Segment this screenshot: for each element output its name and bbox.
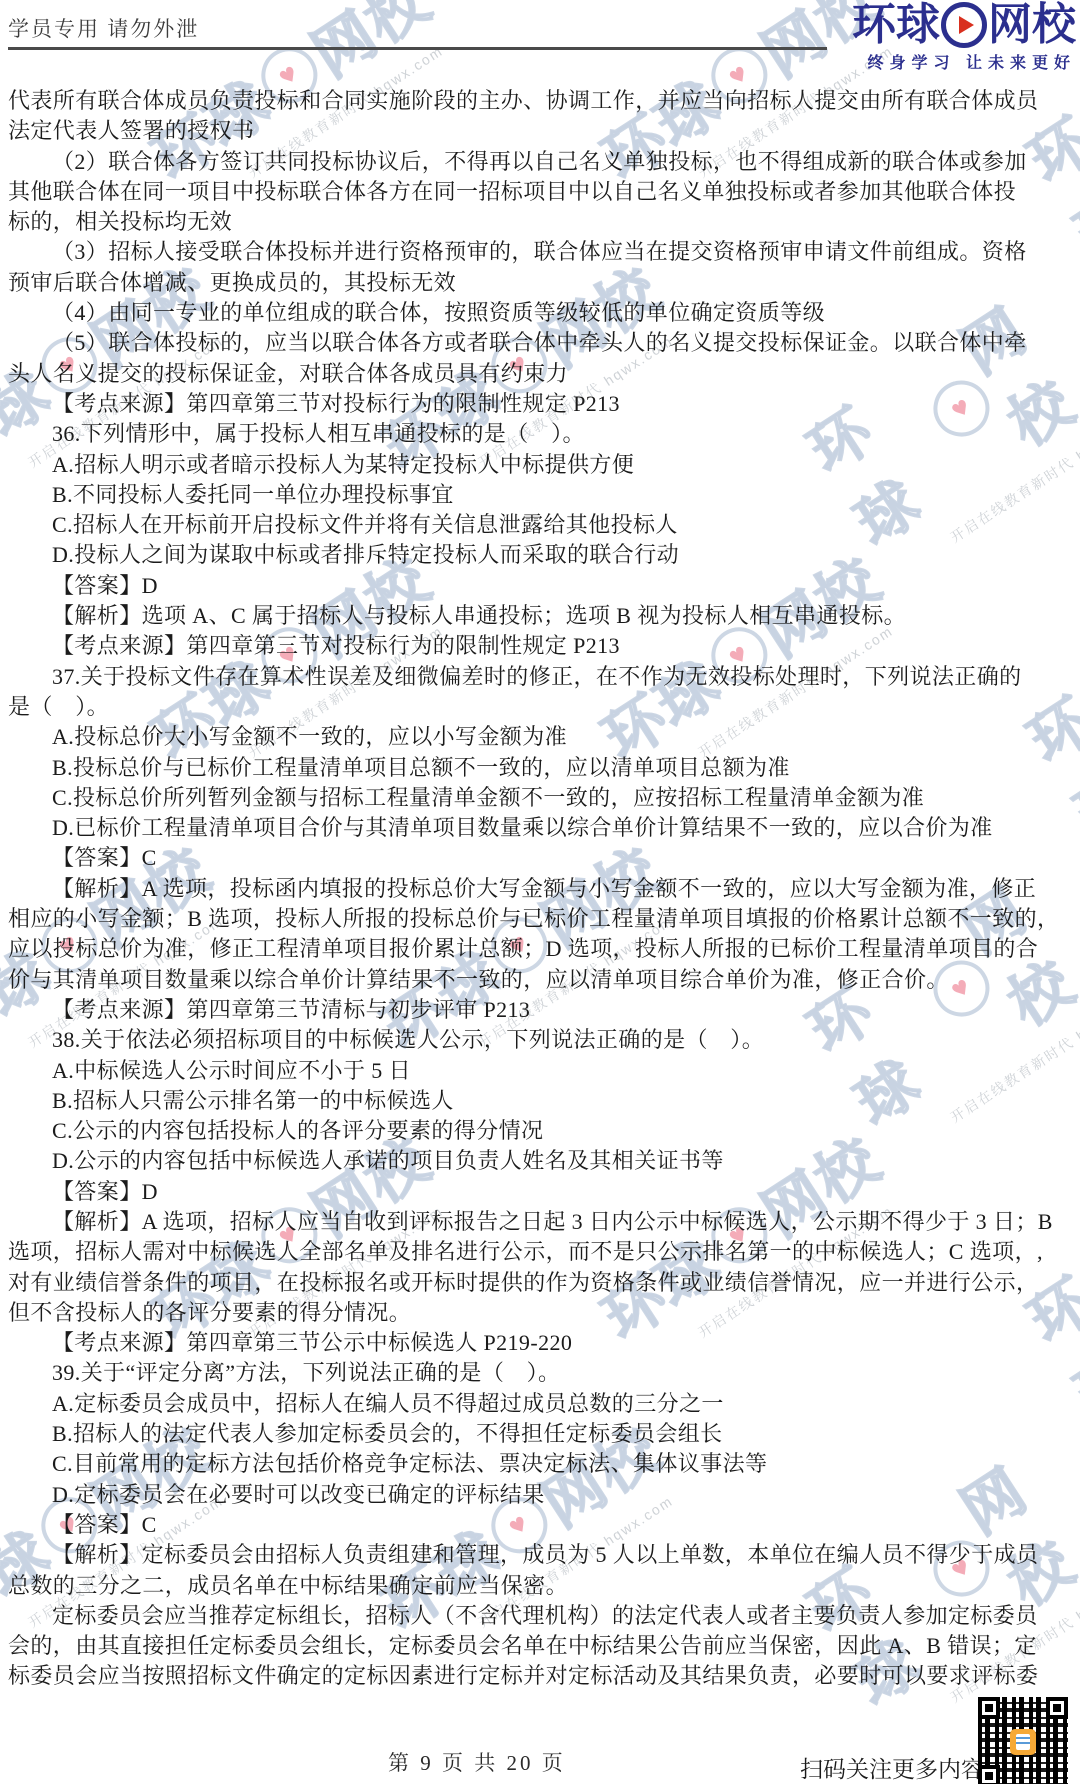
text-line: 【考点来源】第四章第三节对投标行为的限制性规定 P213 xyxy=(8,389,1074,419)
page-number: 第 9 页 共 20 页 xyxy=(388,1747,566,1777)
text-line: B.投标总价与已标价工程量清单项目总额不一致的，应以清单项目总额为准 xyxy=(8,753,1074,783)
text-line: 总数的三分之二，成员名单在中标结果确定前应当保密。 xyxy=(8,1571,1074,1601)
qr-finder-icon xyxy=(1046,1697,1068,1719)
header-divider xyxy=(8,47,827,50)
text-line: 标委员会应当按照招标文件确定的定标因素进行定标并对定标活动及其结果负责，必要时可… xyxy=(8,1661,1074,1691)
brand-text-right: 网校 xyxy=(988,2,1076,48)
brand-tagline: 终身学习 让未来更好 xyxy=(852,50,1076,73)
text-line: B.招标人只需公示排名第一的中标候选人 xyxy=(8,1086,1074,1116)
confidential-notice: 学员专用 请勿外泄 xyxy=(8,13,199,43)
text-line: C.目前常用的定标方法包括价格竞争定标法、票决定标法、集体议事法等 xyxy=(8,1449,1074,1479)
brand-logo-text: 环球 网校 xyxy=(852,2,1076,48)
text-line: D.公示的内容包括中标候选人承诺的项目负责人姓名及其相关证书等 xyxy=(8,1146,1074,1176)
text-line: 【解析】定标委员会由招标人负责组建和管理，成员为 5 人以上单数，本单位在编人员… xyxy=(8,1540,1074,1570)
qr-center-badge-icon xyxy=(1010,1729,1036,1755)
text-line: D.已标价工程量清单项目合价与其清单项目数量乘以综合单价计算结果不一致的，应以合… xyxy=(8,813,1074,843)
text-line: 法定代表人签署的授权书 xyxy=(8,116,1074,146)
scan-prompt: 扫码关注更多内容 xyxy=(800,1751,984,1784)
text-line: A.招标人明示或者暗示投标人为某特定投标人中标提供方便 xyxy=(8,450,1074,480)
text-line: 定标委员会应当推荐定标组长，招标人（不含代理机构）的法定代表人或者主要负责人参加… xyxy=(8,1601,1074,1631)
text-line: 应以投标总价为准，修正工程清单项目报价累计总额；D 选项，投标人所报的已标价工程… xyxy=(8,934,1074,964)
text-line: （4）由同一专业的单位组成的联合体，按照资质等级较低的单位确定资质等级 xyxy=(8,298,1074,328)
play-triangle-icon xyxy=(959,16,974,34)
text-line: 【答案】C xyxy=(8,1510,1074,1540)
text-line: 标的，相关投标均无效 xyxy=(8,207,1074,237)
text-line: 是（ ）。 xyxy=(8,692,1074,722)
text-line: 【解析】A 选项，投标函内填报的投标总价大写金额与小写金额不一致的，应以大写金额… xyxy=(8,874,1074,904)
document-page: 环球♥网校开启在线教育新时代 hqwx.com环球♥网校开启在线教育新时代 hq… xyxy=(0,0,1080,1784)
text-line: 36.下列情形中，属于投标人相互串通投标的是（ ）。 xyxy=(8,419,1074,449)
document-body: 代表所有联合体成员负责投标和合同实施阶段的主办、协调工作，并应当向招标人提交由所… xyxy=(8,86,1074,1692)
text-line: B.不同投标人委托同一单位办理投标事宜 xyxy=(8,480,1074,510)
text-line: 但不含投标人的各评分要素的得分情况。 xyxy=(8,1298,1074,1328)
text-line: 【考点来源】第四章第三节公示中标候选人 P219-220 xyxy=(8,1328,1074,1358)
text-line: 其他联合体在同一项目中投标联合体各方在同一招标项目中以自己名义单独投标或者参加其… xyxy=(8,177,1074,207)
text-line: 37.关于投标文件存在算术性误差及细微偏差时的修正，在不作为无效投标处理时，下列… xyxy=(8,662,1074,692)
text-line: 代表所有联合体成员负责投标和合同实施阶段的主办、协调工作，并应当向招标人提交由所… xyxy=(8,86,1074,116)
text-line: B.招标人的法定代表人参加定标委员会的，不得担任定标委员会组长 xyxy=(8,1419,1074,1449)
text-line: 【考点来源】第四章第三节对投标行为的限制性规定 P213 xyxy=(8,631,1074,661)
text-line: C.招标人在开标前开启投标文件并将有关信息泄露给其他投标人 xyxy=(8,510,1074,540)
text-line: C.公示的内容包括投标人的各评分要素的得分情况 xyxy=(8,1116,1074,1146)
play-button-icon xyxy=(941,2,987,48)
text-line: A.定标委员会成员中，招标人在编人员不得超过成员总数的三分之一 xyxy=(8,1389,1074,1419)
brand-text-left: 环球 xyxy=(852,2,940,48)
text-line: 【答案】D xyxy=(8,571,1074,601)
text-line: （5）联合体投标的，应当以联合体各方或者联合体中牵头人的名义提交投标保证金。以联… xyxy=(8,328,1074,358)
text-line: 【答案】D xyxy=(8,1177,1074,1207)
text-line: 39.关于“评定分离”方法，下列说法正确的是（ ）。 xyxy=(8,1358,1074,1388)
text-line: 【考点来源】第四章第三节清标与初步评审 P213 xyxy=(8,995,1074,1025)
text-line: 【答案】C xyxy=(8,843,1074,873)
text-line: 价与其清单项目数量乘以综合单价计算结果不一致的，应以清单项目综合单价为准，修正合… xyxy=(8,965,1074,995)
text-line: 选项，招标人需对中标候选人全部名单及排名进行公示，而不是只公示排名第一的中标候选… xyxy=(8,1237,1074,1267)
qr-finder-icon xyxy=(978,1697,1000,1719)
text-line: （2）联合体各方签订共同投标协议后，不得再以自己名义单独投标，也不得组成新的联合… xyxy=(8,147,1074,177)
text-line: A.投标总价大小写金额不一致的，应以小写金额为准 xyxy=(8,722,1074,752)
text-line: D.定标委员会在必要时可以改变已确定的评标结果 xyxy=(8,1480,1074,1510)
text-line: 预审后联合体增减、更换成员的，其投标无效 xyxy=(8,268,1074,298)
text-line: 对有业绩信誉条件的项目，在投标报名或开标时提供的作为资格条件或业绩信誉情况，应一… xyxy=(8,1268,1074,1298)
brand-logo: 环球 网校 终身学习 让未来更好 xyxy=(852,2,1076,73)
qr-finder-icon xyxy=(978,1765,1000,1784)
text-line: C.投标总价所列暂列金额与招标工程量清单金额不一致的，应按招标工程量清单金额为准 xyxy=(8,783,1074,813)
text-line: 38.关于依法必须招标项目的中标候选人公示，下列说法正确的是（ ）。 xyxy=(8,1025,1074,1055)
qr-badge-doc-icon xyxy=(1016,1734,1030,1750)
text-line: 头人名义提交的投标保证金，对联合体各成员具有约束力 xyxy=(8,359,1074,389)
text-line: （3）招标人接受联合体投标并进行资格预审的，联合体应当在提交资格预审申请文件前组… xyxy=(8,237,1074,267)
text-line: 相应的小写金额；B 选项，投标人所报的投标总价与已标价工程量清单项目填报的价格累… xyxy=(8,904,1074,934)
text-line: 【解析】选项 A、C 属于招标人与投标人串通投标；选项 B 视为投标人相互串通投… xyxy=(8,601,1074,631)
text-line: 会的，由其直接担任定标委员会组长，定标委员会名单在中标结果公告前应当保密，因此 … xyxy=(8,1631,1074,1661)
text-line: A.中标候选人公示时间应不小于 5 日 xyxy=(8,1056,1074,1086)
text-line: 【解析】A 选项，招标人应当自收到评标报告之日起 3 日内公示中标候选人，公示期… xyxy=(8,1207,1074,1237)
text-line: D.投标人之间为谋取中标或者排斥特定投标人而采取的联合行动 xyxy=(8,540,1074,570)
qr-code xyxy=(978,1697,1068,1784)
